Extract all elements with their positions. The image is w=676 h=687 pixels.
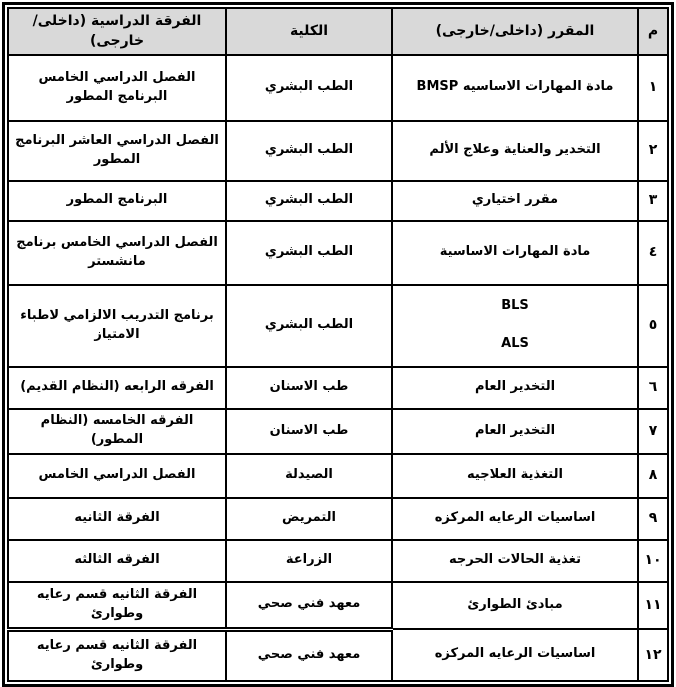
cell-college: معهد فني صحي bbox=[226, 629, 392, 681]
cell-course: مادة المهارات الاساسيه BMSP bbox=[392, 55, 638, 121]
cell-number: ١ bbox=[638, 55, 668, 121]
col-header-number: م bbox=[638, 8, 668, 55]
cell-number: ٨ bbox=[638, 454, 668, 498]
cell-number: ٥ bbox=[638, 285, 668, 367]
table-row: ١٢ اساسيات الرعايه المركزه معهد فني صحي … bbox=[8, 629, 668, 681]
col-header-course: المقرر (داخلى/خارجى) bbox=[392, 8, 638, 55]
cell-college: طب الاسنان bbox=[226, 409, 392, 454]
cell-year: الفرقة الثانيه قسم رعايه وطوارئ bbox=[8, 582, 226, 630]
cell-year: الفصل الدراسي الخامس البرنامج المطور bbox=[8, 55, 226, 121]
cell-college: الطب البشري bbox=[226, 221, 392, 285]
document-page: م المقرر (داخلى/خارجى) الكلية الفرقة الد… bbox=[0, 0, 676, 654]
cell-course: مادة المهارات الاساسية bbox=[392, 221, 638, 285]
cell-course: مقرر اختياري bbox=[392, 181, 638, 221]
cell-college: الطب البشري bbox=[226, 121, 392, 181]
col-header-college: الكلية bbox=[226, 8, 392, 55]
cell-number: ١١ bbox=[638, 582, 668, 630]
table-row: ١ مادة المهارات الاساسيه BMSP الطب البشر… bbox=[8, 55, 668, 121]
cell-number: ٩ bbox=[638, 498, 668, 540]
cell-college: الصيدلة bbox=[226, 454, 392, 498]
cell-year: برنامج التدريب الالزامي لاطباء الامتياز bbox=[8, 285, 226, 367]
cell-number: ٣ bbox=[638, 181, 668, 221]
cell-college: معهد فني صحي bbox=[226, 582, 392, 630]
cell-course: تغذية الحالات الحرجه bbox=[392, 540, 638, 582]
cell-year: الفرقه الخامسه (النظام المطور) bbox=[8, 409, 226, 454]
cell-college: الطب البشري bbox=[226, 55, 392, 121]
cell-number: ٢ bbox=[638, 121, 668, 181]
cell-college: الزراعة bbox=[226, 540, 392, 582]
table-row: ١١ مبادئ الطوارئ معهد فني صحي الفرقة الث… bbox=[8, 582, 668, 630]
cell-course: اساسيات الرعايه المركزه bbox=[392, 629, 638, 681]
cell-year: الفرقة الثانيه قسم رعايه وطوارئ bbox=[8, 629, 226, 681]
cell-year: الفرقة الثانيه bbox=[8, 498, 226, 540]
table-row: ٦ التخدير العام طب الاسنان الفرقه الرابع… bbox=[8, 367, 668, 409]
col-header-year: الفرقة الدراسية (داخلى/خارجى) bbox=[8, 8, 226, 55]
courses-table: م المقرر (داخلى/خارجى) الكلية الفرقة الد… bbox=[7, 7, 669, 682]
table-row: ٩ اساسيات الرعايه المركزه التمريض الفرقة… bbox=[8, 498, 668, 540]
cell-course: التخدير والعناية وعلاج الألم bbox=[392, 121, 638, 181]
table-row: ٢ التخدير والعناية وعلاج الألم الطب البش… bbox=[8, 121, 668, 181]
cell-course: BLS ALS bbox=[392, 285, 638, 367]
cell-number: ٤ bbox=[638, 221, 668, 285]
cell-year: الفصل الدراسي الخامس bbox=[8, 454, 226, 498]
cell-year: الفرقه الثالثه bbox=[8, 540, 226, 582]
table-row: ٧ التخدير العام طب الاسنان الفرقه الخامس… bbox=[8, 409, 668, 454]
cell-number: ١٠ bbox=[638, 540, 668, 582]
cell-year: البرنامج المطور bbox=[8, 181, 226, 221]
cell-college: الطب البشري bbox=[226, 285, 392, 367]
cell-year: الفصل الدراسي الخامس برنامج مانشستر bbox=[8, 221, 226, 285]
table-row: ٨ التغذية العلاجيه الصيدلة الفصل الدراسي… bbox=[8, 454, 668, 498]
cell-year: الفصل الدراسي العاشر البرنامج المطور bbox=[8, 121, 226, 181]
table-row: ١٠ تغذية الحالات الحرجه الزراعة الفرقه ا… bbox=[8, 540, 668, 582]
cell-number: ٧ bbox=[638, 409, 668, 454]
cell-course: التغذية العلاجيه bbox=[392, 454, 638, 498]
cell-college: طب الاسنان bbox=[226, 367, 392, 409]
cell-number: ٦ bbox=[638, 367, 668, 409]
table-header-row: م المقرر (داخلى/خارجى) الكلية الفرقة الد… bbox=[8, 8, 668, 55]
cell-college: التمريض bbox=[226, 498, 392, 540]
cell-course: مبادئ الطوارئ bbox=[392, 582, 638, 630]
cell-year: الفرقه الرابعه (النظام القديم) bbox=[8, 367, 226, 409]
cell-course: اساسيات الرعايه المركزه bbox=[392, 498, 638, 540]
courses-table-frame: م المقرر (داخلى/خارجى) الكلية الفرقة الد… bbox=[2, 2, 674, 687]
cell-course: التخدير العام bbox=[392, 409, 638, 454]
table-row: ٤ مادة المهارات الاساسية الطب البشري الف… bbox=[8, 221, 668, 285]
table-row: ٥ BLS ALS الطب البشري برنامج التدريب الا… bbox=[8, 285, 668, 367]
cell-number: ١٢ bbox=[638, 629, 668, 681]
cell-college: الطب البشري bbox=[226, 181, 392, 221]
table-row: ٣ مقرر اختياري الطب البشري البرنامج المط… bbox=[8, 181, 668, 221]
cell-course: التخدير العام bbox=[392, 367, 638, 409]
